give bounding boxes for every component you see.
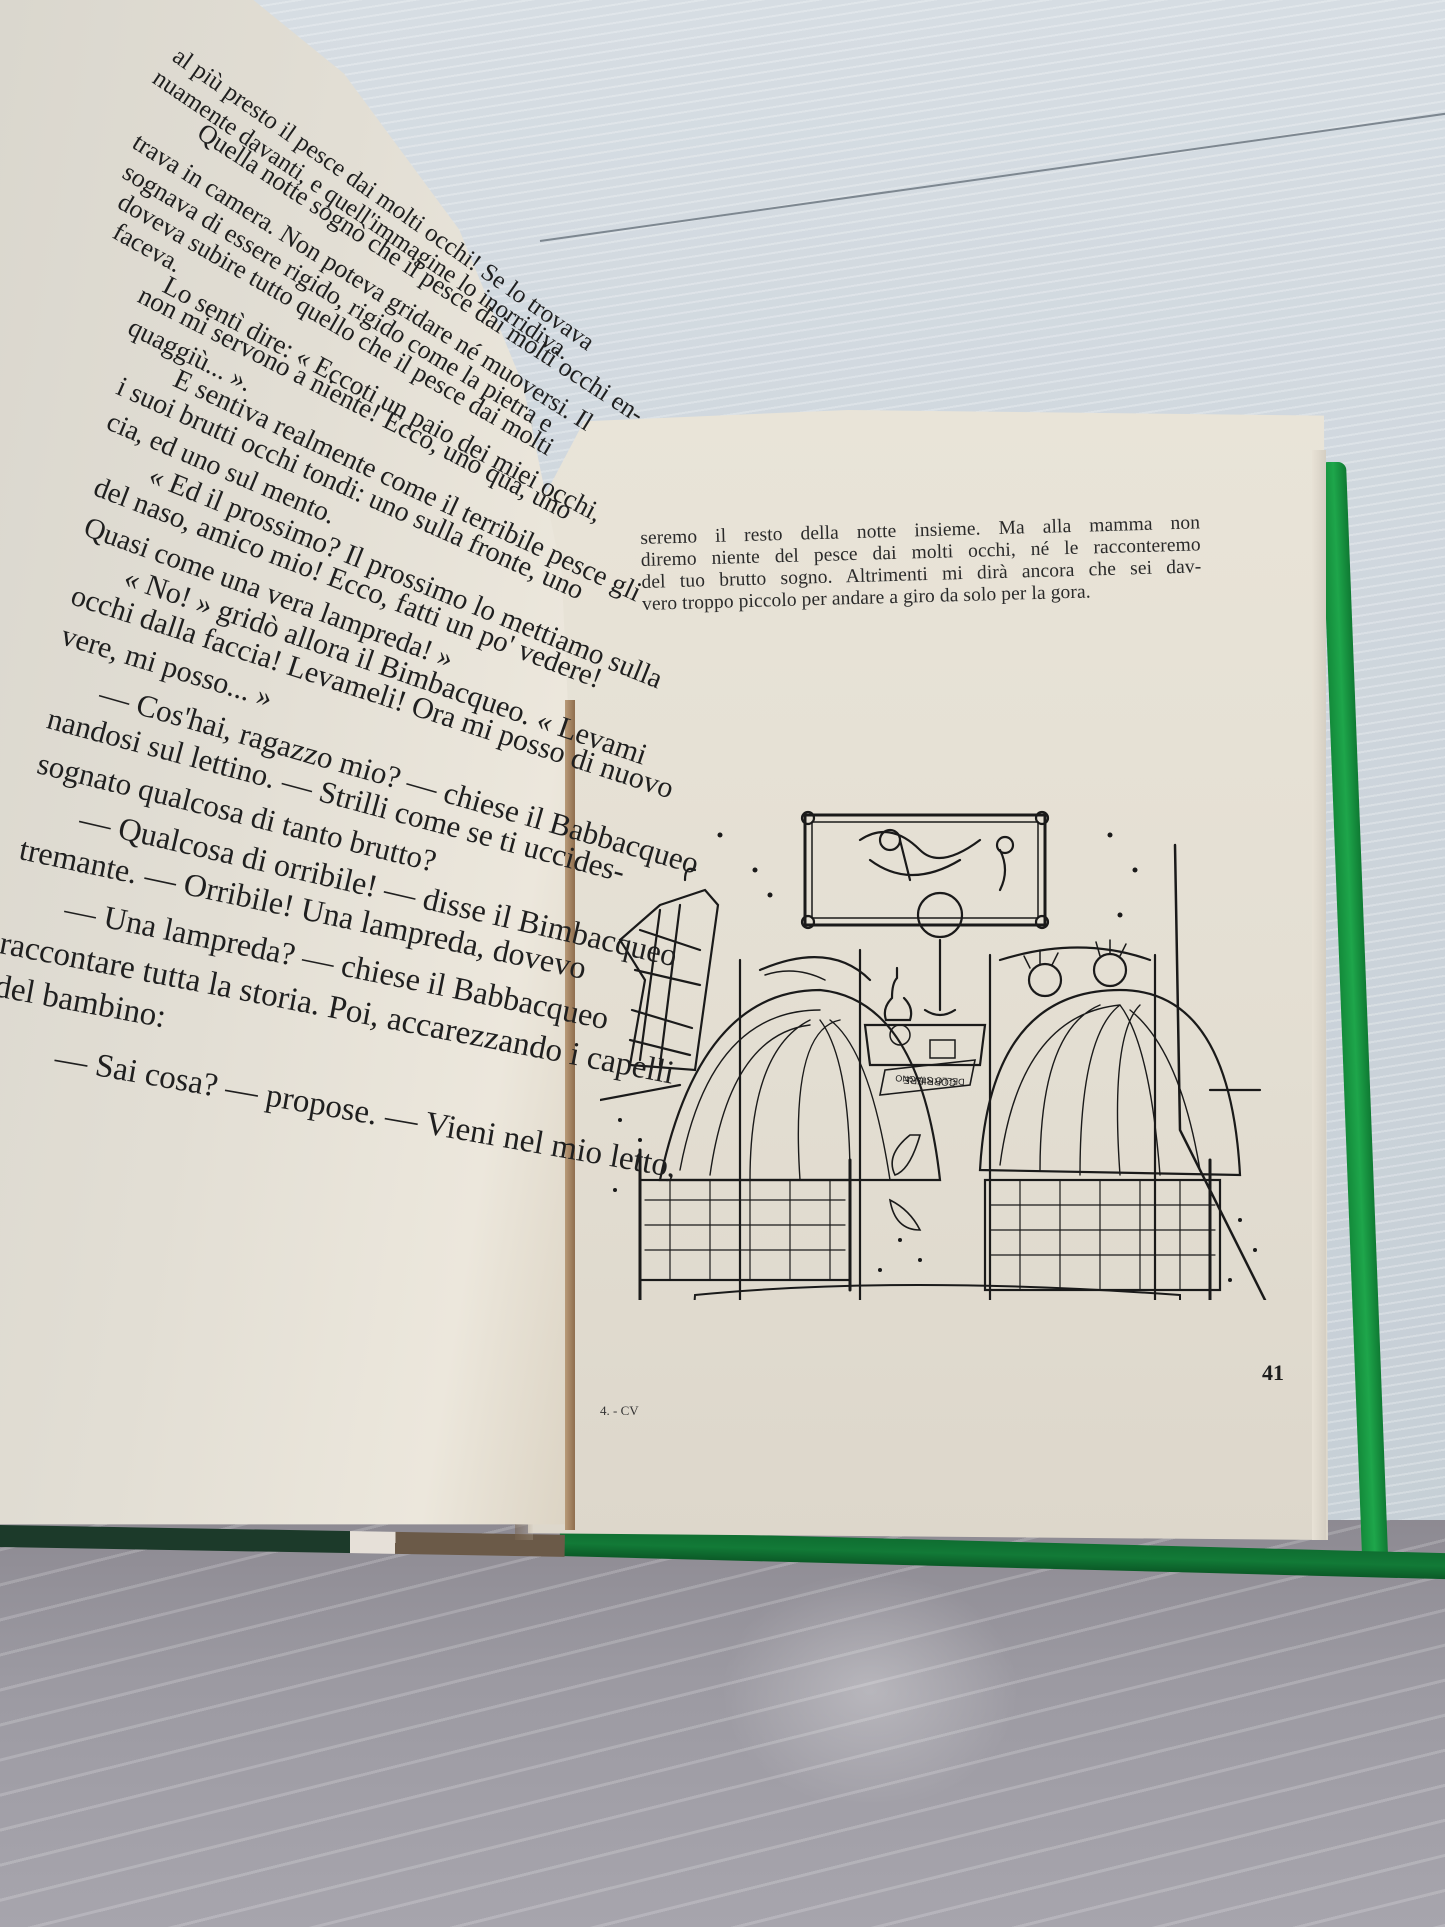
bedroom-illustration: CORRIERE DELLO STAGNO [600, 780, 1300, 1300]
signature-mark: 4. - CV [600, 1403, 639, 1419]
right-page-text: seremo il resto della notte insieme. Ma … [640, 512, 1202, 616]
fish-rug [690, 1285, 1180, 1300]
page-stack-edge [1312, 450, 1326, 1540]
table-glare [720, 1570, 1020, 1810]
right-bed [980, 940, 1240, 1300]
framed-mermaid-picture [802, 812, 1048, 928]
page-number: 41 [1262, 1360, 1284, 1386]
bedside-table [865, 893, 985, 1065]
left-bed [640, 950, 940, 1300]
